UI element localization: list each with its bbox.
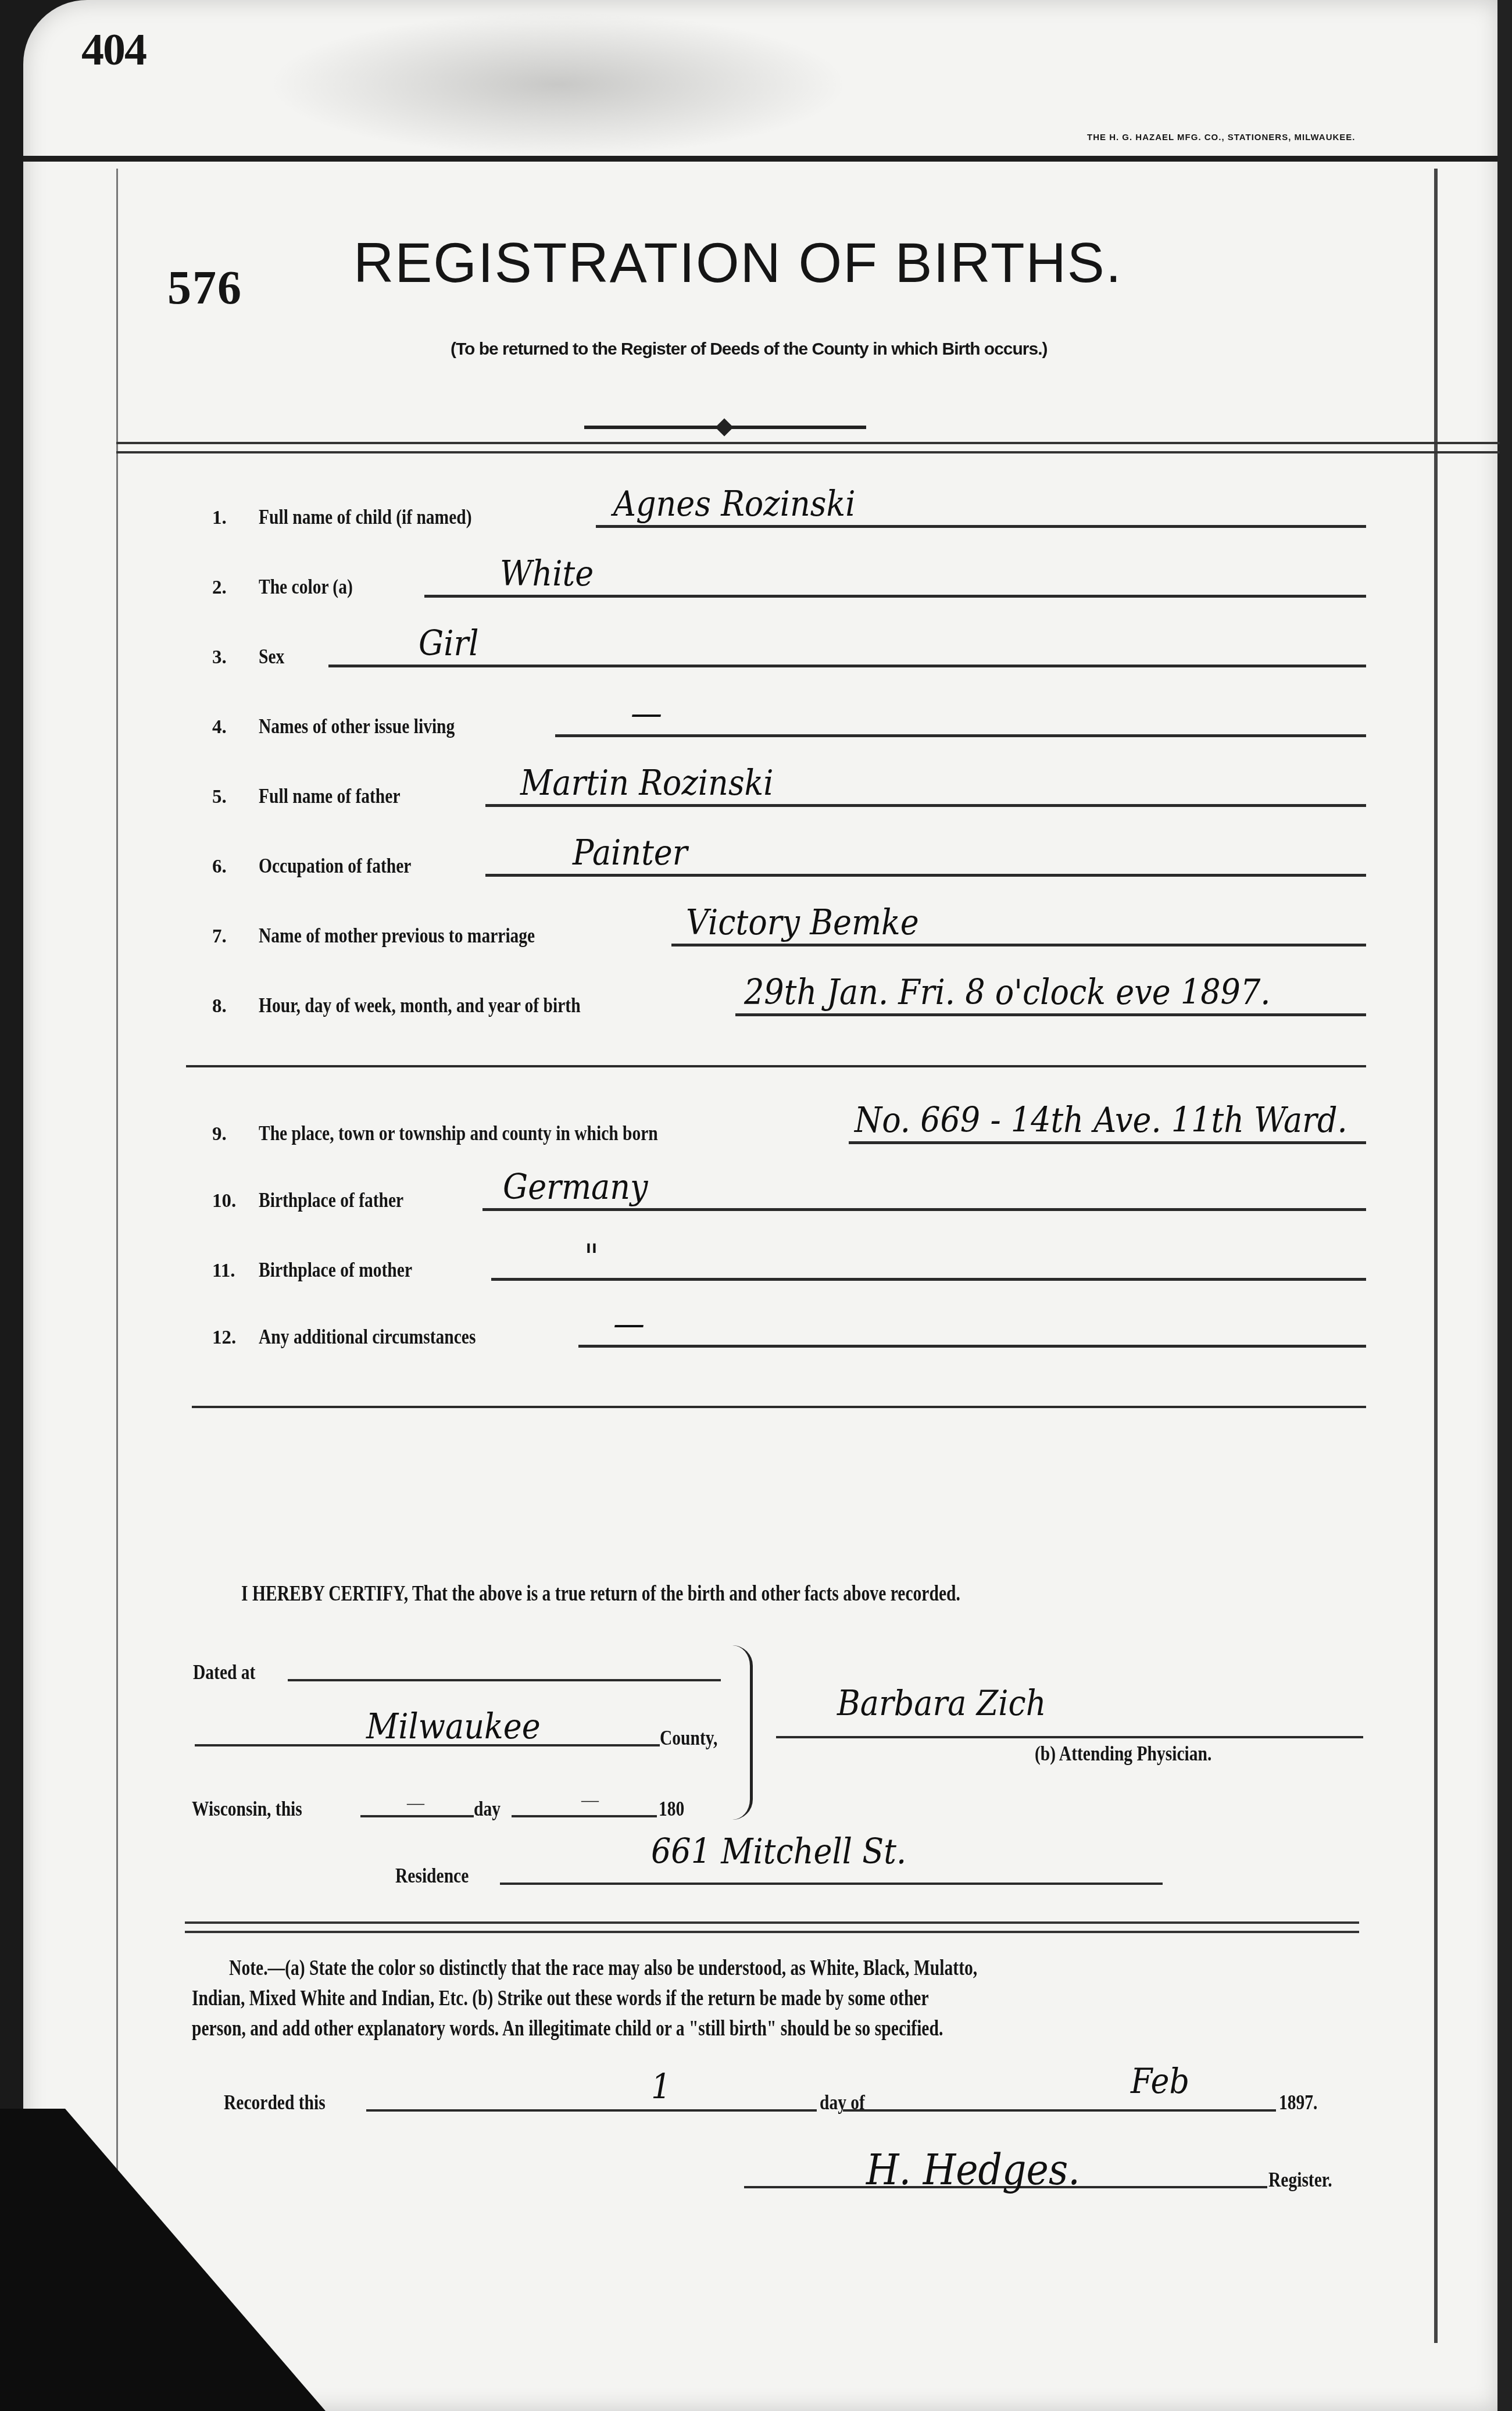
field-number: 9. xyxy=(212,1124,253,1145)
field-label: Birthplace of mother xyxy=(259,1258,412,1282)
field-label: Name of mother previous to marriage xyxy=(259,923,535,948)
field-row-birth-date: 8. Hour, day of week, month, and year of… xyxy=(212,977,1512,1017)
page-subtitle: (To be returned to the Register of Deeds… xyxy=(451,340,1048,359)
field-value-mother-maiden-name[interactable]: Victory Bemke xyxy=(686,902,919,943)
field-label: Birthplace of father xyxy=(259,1188,403,1212)
field-row-other-issue: 4. Names of other issue living — xyxy=(212,698,1512,738)
field-number: 11. xyxy=(212,1260,253,1282)
year-label: 180 xyxy=(659,1796,684,1821)
footnote-line-1: Note.—(a) State the color so distinctly … xyxy=(192,1953,1154,1984)
continuation-line xyxy=(186,1065,1366,1067)
county-value[interactable]: Milwaukee xyxy=(366,1706,541,1747)
field-value-child-name[interactable]: Agnes Rozinski xyxy=(613,484,856,524)
field-value-color[interactable]: White xyxy=(500,553,594,594)
field-row-father-name: 5. Full name of father Martin Rozinski xyxy=(212,767,1512,808)
field-label: Occupation of father xyxy=(259,853,411,878)
field-label: Sex xyxy=(259,644,284,669)
field-value-sex[interactable]: Girl xyxy=(419,623,479,664)
physician-signature[interactable]: Barbara Zich xyxy=(837,1683,1046,1724)
field-row-child-name: 1. Full name of child (if named) Agnes R… xyxy=(212,488,1512,529)
field-number: 5. xyxy=(212,787,253,808)
recorded-year: 1897. xyxy=(1279,2090,1317,2114)
field-line xyxy=(491,1278,1366,1281)
field-number: 3. xyxy=(212,647,253,669)
field-number: 12. xyxy=(212,1327,253,1349)
field-number: 7. xyxy=(212,926,253,948)
dated-at-line xyxy=(288,1679,721,1681)
field-number: 8. xyxy=(212,996,253,1017)
continuation-line xyxy=(192,1406,1366,1408)
page-fold-rule xyxy=(23,156,1500,162)
field-row-mother-maiden-name: 7. Name of mother previous to marriage V… xyxy=(212,907,1512,948)
field-value-mother-birthplace[interactable]: " xyxy=(584,1237,599,1277)
field-label: Hour, day of week, month, and year of bi… xyxy=(259,993,581,1017)
page-number: 404 xyxy=(81,23,146,76)
field-row-additional-circumstances: 12. Any additional circumstances — xyxy=(212,1308,1512,1349)
field-line xyxy=(671,944,1366,946)
certification-statement: I HEREBY CERTIFY, That the above is a tr… xyxy=(241,1581,960,1606)
residence-value[interactable]: 661 Mitchell St. xyxy=(651,1831,906,1872)
bracket xyxy=(732,1645,753,1820)
ornament-divider xyxy=(584,426,866,429)
day-label: day xyxy=(474,1796,501,1821)
left-margin-rule xyxy=(116,169,118,2343)
recorded-label: Recorded this xyxy=(224,2090,326,2114)
field-row-birth-place: 9. The place, town or township and count… xyxy=(212,1105,1512,1145)
recorded-month-value[interactable]: Feb xyxy=(1131,2061,1189,2102)
field-label: Full name of father xyxy=(259,784,401,808)
field-line xyxy=(424,595,1366,598)
page-title: REGISTRATION OF BIRTHS. xyxy=(353,231,1123,295)
physician-label: (b) Attending Physician. xyxy=(1035,1741,1211,1766)
scan-shadow xyxy=(267,12,849,157)
field-row-mother-birthplace: 11. Birthplace of mother " xyxy=(212,1241,1512,1282)
field-line xyxy=(485,804,1366,807)
field-value-father-occupation[interactable]: Painter xyxy=(573,833,688,873)
record-number: 576 xyxy=(167,260,242,315)
field-number: 10. xyxy=(212,1191,253,1212)
recorded-day-value[interactable]: 1 xyxy=(651,2067,671,2108)
field-line xyxy=(482,1208,1366,1211)
field-label: Names of other issue living xyxy=(259,714,455,738)
field-label: Full name of child (if named) xyxy=(259,505,472,529)
field-line xyxy=(485,874,1366,877)
recorded-day-line xyxy=(366,2109,817,2112)
field-line xyxy=(735,1013,1366,1016)
month-value[interactable]: — xyxy=(581,1791,599,1810)
field-label: Any additional circumstances xyxy=(259,1324,476,1349)
field-row-sex: 3. Sex Girl xyxy=(212,628,1512,669)
field-number: 6. xyxy=(212,856,253,878)
field-value-birth-place[interactable]: No. 669 - 14th Ave. 11th Ward. xyxy=(855,1100,1347,1141)
field-number: 1. xyxy=(212,508,253,529)
residence-line xyxy=(500,1883,1163,1885)
field-value-father-name[interactable]: Martin Rozinski xyxy=(520,763,774,803)
residence-label: Residence xyxy=(395,1863,469,1888)
field-row-color: 2. The color (a) White xyxy=(212,558,1512,599)
field-value-additional-circumstances[interactable]: — xyxy=(613,1303,645,1344)
footnote-line-3: person, and add other explanatory words.… xyxy=(192,2014,1154,2044)
field-line xyxy=(596,525,1366,528)
printer-imprint: THE H. G. HAZAEL MFG. CO., STATIONERS, M… xyxy=(1087,133,1356,142)
day-line xyxy=(360,1815,474,1817)
field-line xyxy=(849,1141,1366,1144)
field-line xyxy=(555,734,1366,737)
register-signature[interactable]: H. Hedges. xyxy=(866,2145,1080,2194)
header-double-rule xyxy=(116,442,1500,453)
field-row-father-occupation: 6. Occupation of father Painter xyxy=(212,837,1512,878)
register-label: Register. xyxy=(1268,2167,1332,2192)
dated-at-label: Dated at xyxy=(193,1660,255,1684)
wisconsin-label: Wisconsin, this xyxy=(192,1796,302,1821)
field-label: The color (a) xyxy=(259,574,353,599)
footnote: Note.—(a) State the color so distinctly … xyxy=(192,1953,1395,2044)
physician-line xyxy=(776,1736,1363,1738)
field-value-birth-date[interactable]: 29th Jan. Fri. 8 o'clock eve 1897. xyxy=(744,972,1270,1013)
recorded-month-line xyxy=(843,2109,1276,2112)
field-label: The place, town or township and county i… xyxy=(259,1121,658,1145)
county-label: County, xyxy=(660,1726,717,1750)
month-line xyxy=(512,1815,657,1817)
field-line xyxy=(328,665,1366,667)
day-value[interactable]: — xyxy=(407,1794,424,1813)
field-line xyxy=(578,1345,1366,1348)
certification-double-rule xyxy=(185,1921,1359,1933)
field-value-father-birthplace[interactable]: Germany xyxy=(503,1167,648,1208)
field-row-father-birthplace: 10. Birthplace of father Germany xyxy=(212,1171,1512,1212)
field-number: 2. xyxy=(212,577,253,599)
field-number: 4. xyxy=(212,717,253,738)
footnote-line-2: Indian, Mixed White and Indian, Etc. (b)… xyxy=(192,1984,1154,2014)
field-value-other-issue[interactable]: — xyxy=(631,693,662,734)
